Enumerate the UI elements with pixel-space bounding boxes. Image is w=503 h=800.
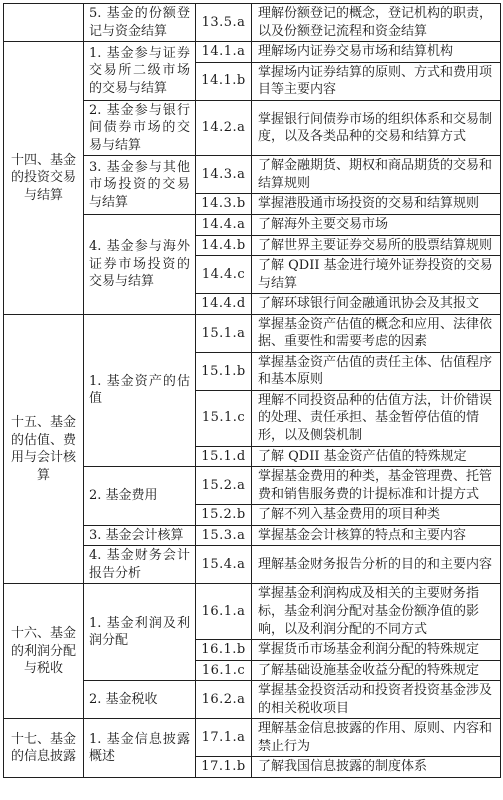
code-cell: 14.4.c (196, 256, 252, 294)
table-row: 十四、基金的投资交易与结算 1. 基金参与证券交易所二级市场的交易与结算 14.… (4, 42, 501, 63)
chapter-cell: 十四、基金的投资交易与结算 (4, 42, 84, 315)
desc-cell: 掌握场内证券结算的原则、方式和费用项目等主要内容 (252, 62, 501, 100)
desc-cell: 了解 QDII 基金进行境外证券投资的交易与结算 (252, 256, 501, 294)
section-cell: 2. 基金税收 (84, 681, 196, 719)
code-cell: 14.2.a (196, 100, 252, 156)
syllabus-table: 5. 基金的份额登记与资金结算 13.5.a 理解份额登记的概念，登记机构的职责… (3, 3, 501, 778)
desc-cell: 了解金融期货、期权和商品期货的交易和结算规则 (252, 156, 501, 194)
code-cell: 16.1.c (196, 660, 252, 681)
desc-cell: 掌握货币市场基金利润分配的特殊规定 (252, 640, 501, 661)
section-cell: 1. 基金资产的估值 (84, 314, 196, 466)
code-cell: 14.3.b (196, 194, 252, 215)
code-cell: 15.3.a (196, 525, 252, 546)
desc-cell: 理解基金财务报告分析的目的和主要内容 (252, 546, 501, 584)
desc-cell: 了解世界主要证券交易所的股票结算规则 (252, 235, 501, 256)
desc-cell: 了解环球银行间金融通讯协会及其报文 (252, 294, 501, 315)
code-cell: 14.4.d (196, 294, 252, 315)
section-cell: 3. 基金参与其他市场投资的交易与结算 (84, 156, 196, 215)
code-cell: 16.1.b (196, 640, 252, 661)
section-cell: 1. 基金信息披露概述 (84, 719, 196, 778)
syllabus-page: 5. 基金的份额登记与资金结算 13.5.a 理解份额登记的概念，登记机构的职责… (0, 0, 503, 800)
desc-cell: 了解基础设施基金收益分配的特殊规定 (252, 660, 501, 681)
desc-cell: 掌握港股通市场投资的交易和结算规则 (252, 194, 501, 215)
code-cell: 14.3.a (196, 156, 252, 194)
code-cell: 15.2.b (196, 505, 252, 526)
desc-cell: 了解 QDII 基金资产估值的特殊规定 (252, 446, 501, 467)
desc-cell: 掌握基金投资活动和投资者投资基金涉及的相关税收项目 (252, 681, 501, 719)
code-cell: 14.1.a (196, 42, 252, 63)
code-cell: 16.2.a (196, 681, 252, 719)
desc-cell: 理解基金信息披露的作用、原则、内容和禁止行为 (252, 719, 501, 757)
desc-cell: 了解海外主要交易市场 (252, 215, 501, 236)
code-cell: 15.4.a (196, 546, 252, 584)
chapter-cell: 十六、基金的利润分配与税收 (4, 584, 84, 719)
desc-cell: 掌握银行间债券市场的组织体系和交易制度，以及各类品种的交易和结算方式 (252, 100, 501, 156)
code-cell: 17.1.b (196, 757, 252, 778)
section-cell: 3. 基金会计核算 (84, 525, 196, 546)
code-cell: 13.5.a (196, 4, 252, 42)
desc-cell: 理解份额登记的概念，登记机构的职责，以及份额登记流程和资金结算 (252, 4, 501, 42)
desc-cell: 掌握基金费用的种类，基金管理费、托管费和销售服务费的计提标准和计提方式 (252, 467, 501, 505)
desc-cell: 掌握基金会计核算的特点和主要内容 (252, 525, 501, 546)
chapter-cell (4, 4, 84, 42)
code-cell: 15.1.a (196, 314, 252, 352)
section-cell: 1. 基金参与证券交易所二级市场的交易与结算 (84, 42, 196, 101)
desc-cell: 理解场内证券交易市场和结算机构 (252, 42, 501, 63)
desc-cell: 理解不同投资品种的估值方法，计价错误的处理、责任承担、基金暂停估值的情形，以及侧… (252, 390, 501, 446)
section-cell: 2. 基金费用 (84, 467, 196, 526)
chapter-cell: 十七、基金的信息披露 (4, 719, 84, 778)
code-cell: 15.2.a (196, 467, 252, 505)
table-row: 十五、基金的估值、费用与会计核算 1. 基金资产的估值 15.1.a 掌握基金资… (4, 314, 501, 352)
section-cell: 4. 基金参与海外证券市场投资的交易与结算 (84, 215, 196, 315)
table-row: 5. 基金的份额登记与资金结算 13.5.a 理解份额登记的概念，登记机构的职责… (4, 4, 501, 42)
desc-cell: 掌握基金利润构成及相关的主要财务指标，基金利润分配对基金份额净值的影响，以及利润… (252, 584, 501, 640)
code-cell: 15.1.d (196, 446, 252, 467)
code-cell: 14.1.b (196, 62, 252, 100)
code-cell: 14.4.b (196, 235, 252, 256)
code-cell: 15.1.c (196, 390, 252, 446)
code-cell: 16.1.a (196, 584, 252, 640)
code-cell: 17.1.a (196, 719, 252, 757)
code-cell: 14.4.a (196, 215, 252, 236)
code-cell: 15.1.b (196, 352, 252, 390)
desc-cell: 了解我国信息披露的制度体系 (252, 757, 501, 778)
table-row: 十七、基金的信息披露 1. 基金信息披露概述 17.1.a 理解基金信息披露的作… (4, 719, 501, 757)
desc-cell: 掌握基金资产估值的责任主体、估值程序和基本原则 (252, 352, 501, 390)
section-cell: 2. 基金参与银行间债券市场的交易与结算 (84, 100, 196, 156)
chapter-cell: 十五、基金的估值、费用与会计核算 (4, 314, 84, 584)
desc-cell: 掌握基金资产估值的概念和应用、法律依据、重要性和需要考虑的因素 (252, 314, 501, 352)
section-cell: 1. 基金利润及利润分配 (84, 584, 196, 681)
section-cell: 4. 基金财务会计报告分析 (84, 546, 196, 584)
table-row: 十六、基金的利润分配与税收 1. 基金利润及利润分配 16.1.a 掌握基金利润… (4, 584, 501, 640)
desc-cell: 了解不列入基金费用的项目种类 (252, 505, 501, 526)
section-cell: 5. 基金的份额登记与资金结算 (84, 4, 196, 42)
